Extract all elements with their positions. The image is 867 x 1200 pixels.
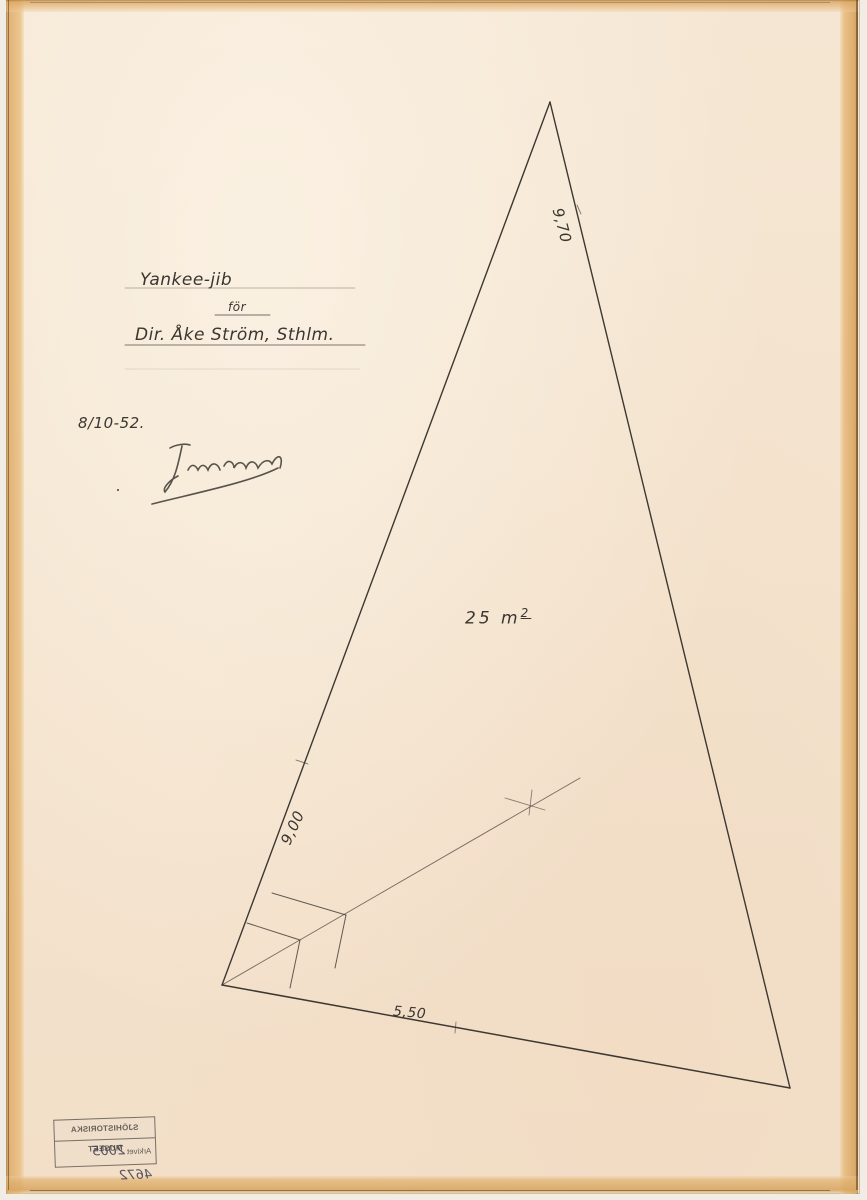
sail-area: 25 m2 bbox=[465, 606, 531, 629]
signature-mark bbox=[164, 444, 281, 492]
sail-luff-line bbox=[550, 102, 790, 1088]
sail-foot-line bbox=[222, 985, 790, 1088]
archive-stamp: SJÖHISTORISKA MUSEET Arkivet2005 4672 bbox=[53, 1116, 157, 1168]
sail-area-unit-exponent: 2 bbox=[521, 606, 532, 620]
drawing-date: 8/10-52. bbox=[78, 414, 145, 432]
scanned-sheet: Yankee-jib för Dir. Åke Ström, Sthlm. 8/… bbox=[0, 0, 867, 1200]
dimension-foot: 5,50 bbox=[392, 1004, 426, 1023]
title-for-label: för bbox=[228, 300, 246, 314]
sail-drawing bbox=[0, 0, 867, 1200]
client-name: Dir. Åke Ström, Sthlm. bbox=[135, 325, 335, 345]
stamp-archive-label: Arkivet bbox=[127, 1146, 152, 1156]
sail-title: Yankee-jib bbox=[140, 270, 232, 290]
construction-bisector bbox=[222, 778, 580, 985]
sail-leech-line bbox=[222, 102, 550, 985]
sail-area-value: 25 m bbox=[465, 609, 521, 629]
stamp-archive-row: Arkivet2005 4672 bbox=[55, 1138, 156, 1165]
